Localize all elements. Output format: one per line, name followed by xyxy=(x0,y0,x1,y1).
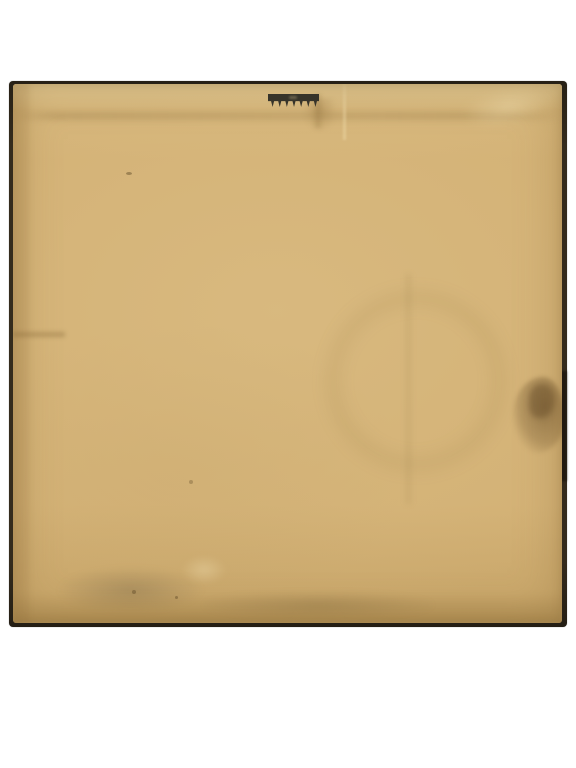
paper-speck xyxy=(175,596,178,599)
bottom-middle-smudge xyxy=(203,591,433,619)
kraft-paper-backing xyxy=(13,84,562,623)
paper-speck xyxy=(126,172,132,175)
bottom-light-patch xyxy=(181,555,227,585)
left-edge-crease xyxy=(13,332,65,337)
bottom-shading-band xyxy=(13,593,562,623)
bottom-left-smudge xyxy=(58,567,203,613)
circular-ghost-impression xyxy=(325,290,507,472)
top-horizontal-crease xyxy=(13,112,562,120)
top-right-wrinkle xyxy=(458,84,559,135)
paper-speck xyxy=(132,590,136,594)
vertical-crease-center xyxy=(406,274,411,504)
vertical-crease-left-of-center xyxy=(343,84,346,140)
framed-artwork-back xyxy=(9,81,567,627)
paper-edge-vignette xyxy=(13,84,562,623)
paper-speck xyxy=(189,480,193,484)
left-margin-shade xyxy=(13,84,29,623)
right-edge-stain-core xyxy=(529,384,555,418)
sawtooth-hanger-highlight xyxy=(289,96,297,99)
right-edge-stain xyxy=(513,377,562,453)
photo-background xyxy=(0,0,576,768)
